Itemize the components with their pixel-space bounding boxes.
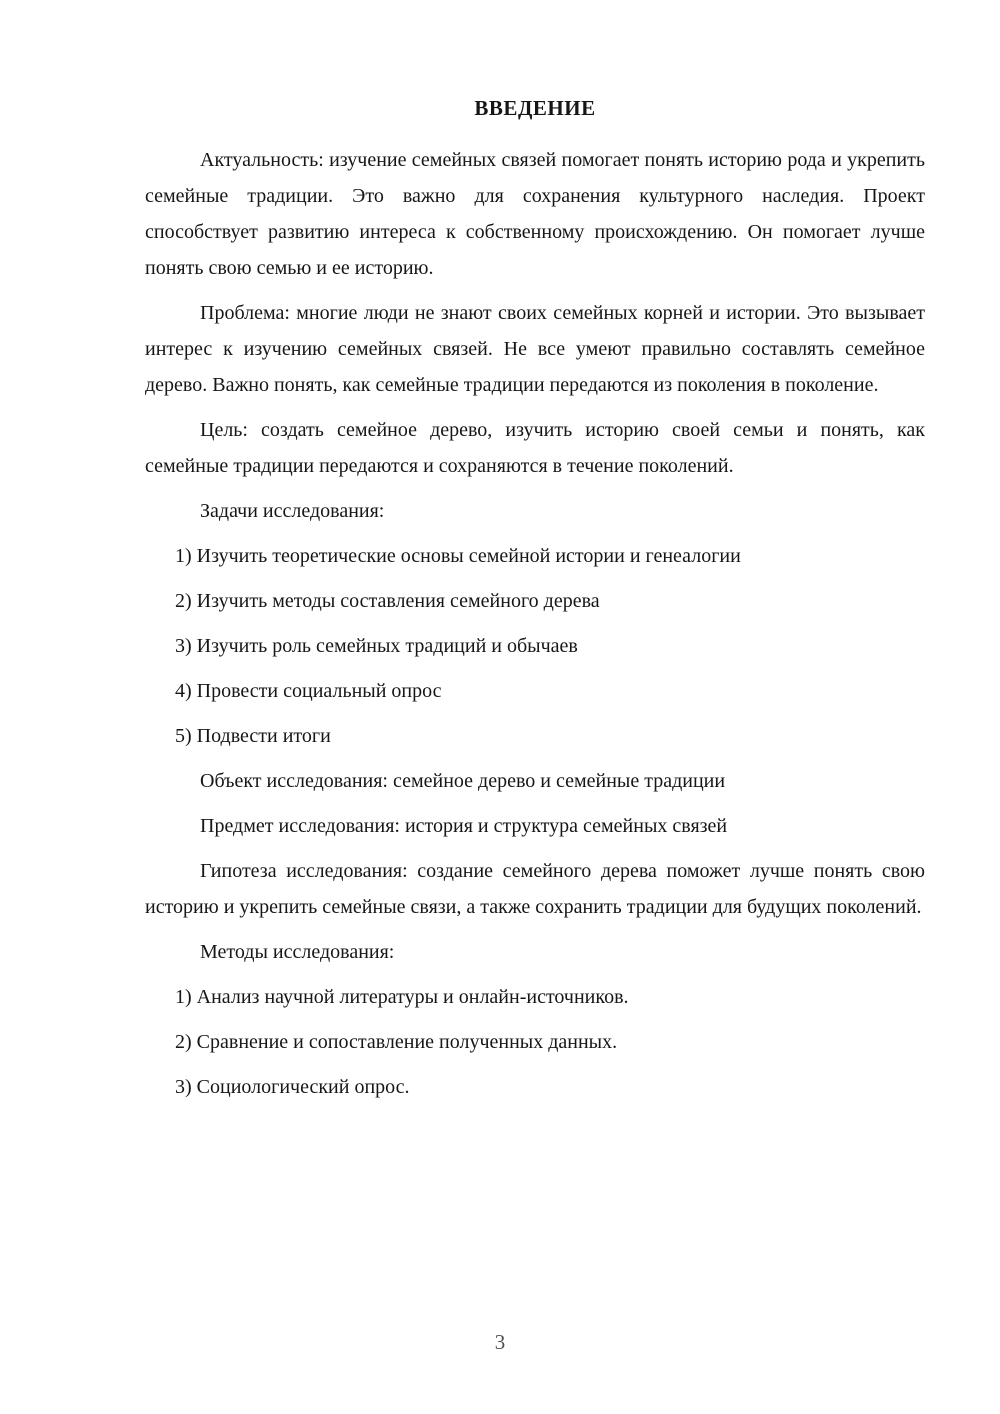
task-item-4: 4) Провести социальный опрос xyxy=(145,673,925,709)
method-item-3: 3) Социологический опрос. xyxy=(145,1069,925,1105)
task-item-3: 3) Изучить роль семейных традиций и обыч… xyxy=(145,628,925,664)
methods-heading: Методы исследования: xyxy=(145,934,925,970)
page-number: 3 xyxy=(0,1328,1000,1356)
tasks-heading: Задачи исследования: xyxy=(145,493,925,529)
task-item-2: 2) Изучить методы составления семейного … xyxy=(145,583,925,619)
task-item-1: 1) Изучить теоретические основы семейной… xyxy=(145,538,925,574)
paragraph-subject: Предмет исследования: история и структур… xyxy=(145,808,925,844)
method-item-2: 2) Сравнение и сопоставление полученных … xyxy=(145,1024,925,1060)
page-title: ВВЕДЕНИЕ xyxy=(145,94,925,122)
document-content: ВВЕДЕНИЕ Актуальность: изучение семейных… xyxy=(145,94,925,1114)
paragraph-problem: Проблема: многие люди не знают своих сем… xyxy=(145,295,925,403)
paragraph-object: Объект исследования: семейное дерево и с… xyxy=(145,763,925,799)
paragraph-goal: Цель: создать семейное дерево, изучить и… xyxy=(145,412,925,484)
document-page: ВВЕДЕНИЕ Актуальность: изучение семейных… xyxy=(0,0,1000,1414)
method-item-1: 1) Анализ научной литературы и онлайн-ис… xyxy=(145,979,925,1015)
task-item-5: 5) Подвести итоги xyxy=(145,718,925,754)
paragraph-relevance: Актуальность: изучение семейных связей п… xyxy=(145,142,925,286)
paragraph-hypothesis: Гипотеза исследования: создание семейног… xyxy=(145,853,925,925)
